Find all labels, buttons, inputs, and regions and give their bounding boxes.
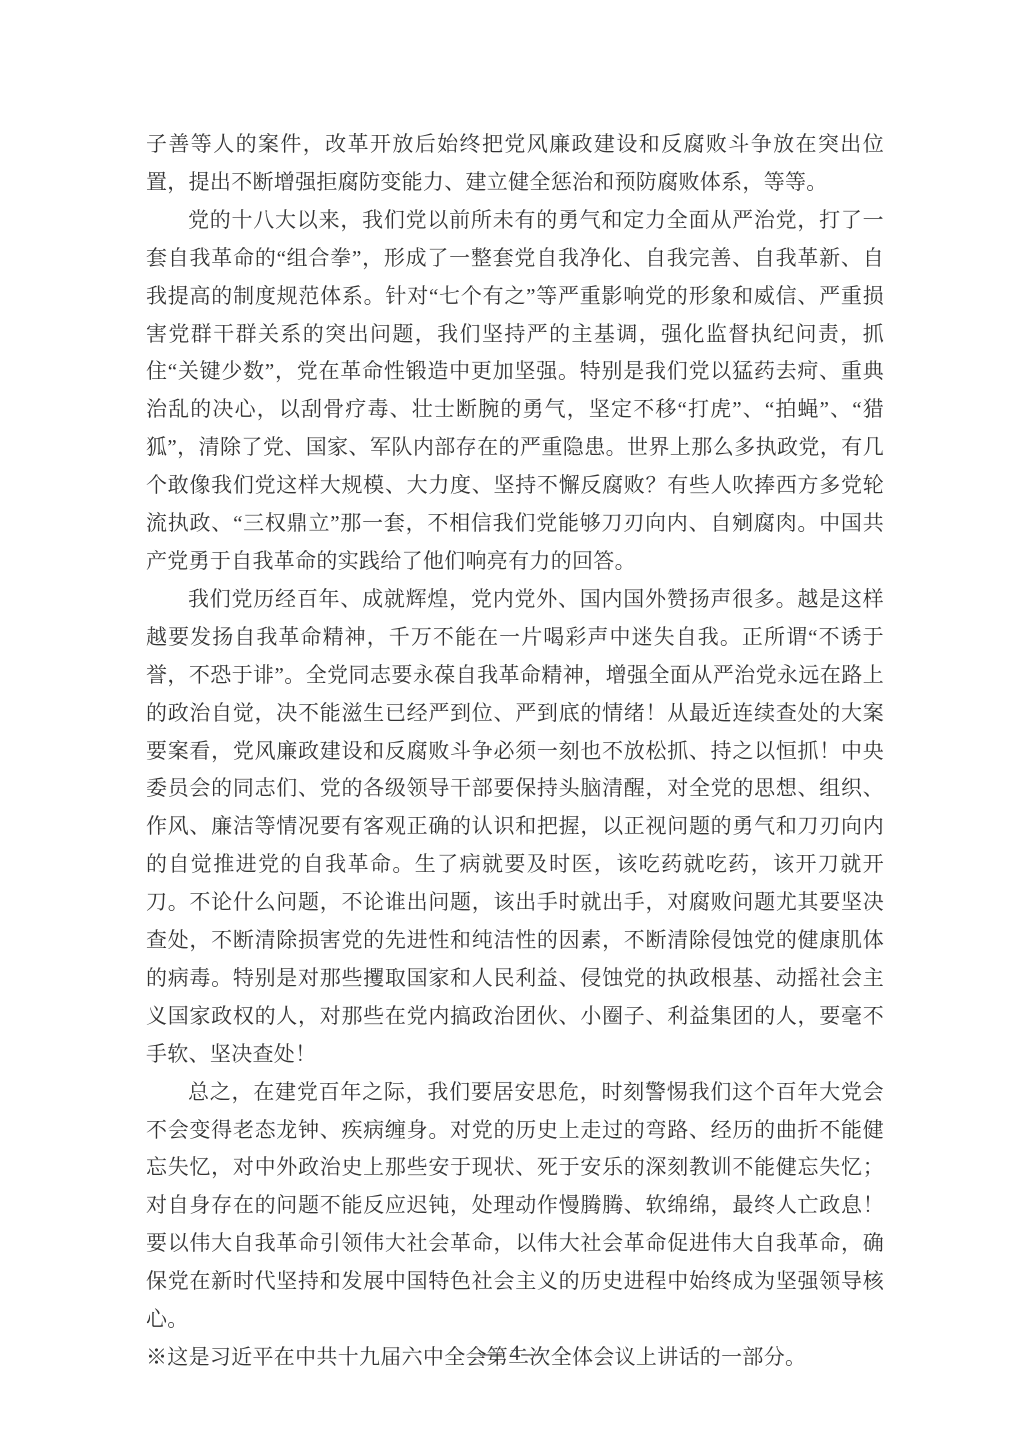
document-page: 子善等人的案件，改革开放后始终把党风廉政建设和反腐败斗争放在突出位置，提出不断增… [0, 0, 1024, 1448]
paragraph-2: 我们党历经百年、成就辉煌，党内党外、国内国外赞扬声很多。越是这样越要发扬自我革命… [146, 581, 884, 1074]
page-number: — 4— [0, 1340, 1024, 1366]
paragraph-1: 党的十八大以来，我们党以前所未有的勇气和定力全面从严治党，打了一套自我革命的“组… [146, 202, 884, 581]
body-text: 子善等人的案件，改革开放后始终把党风廉政建设和反腐败斗争放在突出位置，提出不断增… [146, 126, 884, 1377]
paragraph-3: 总之，在建党百年之际，我们要居安思危，时刻警惕我们这个百年大党会不会变得老态龙钟… [146, 1074, 884, 1339]
paragraph-continuation: 子善等人的案件，改革开放后始终把党风廉政建设和反腐败斗争放在突出位置，提出不断增… [146, 126, 884, 202]
